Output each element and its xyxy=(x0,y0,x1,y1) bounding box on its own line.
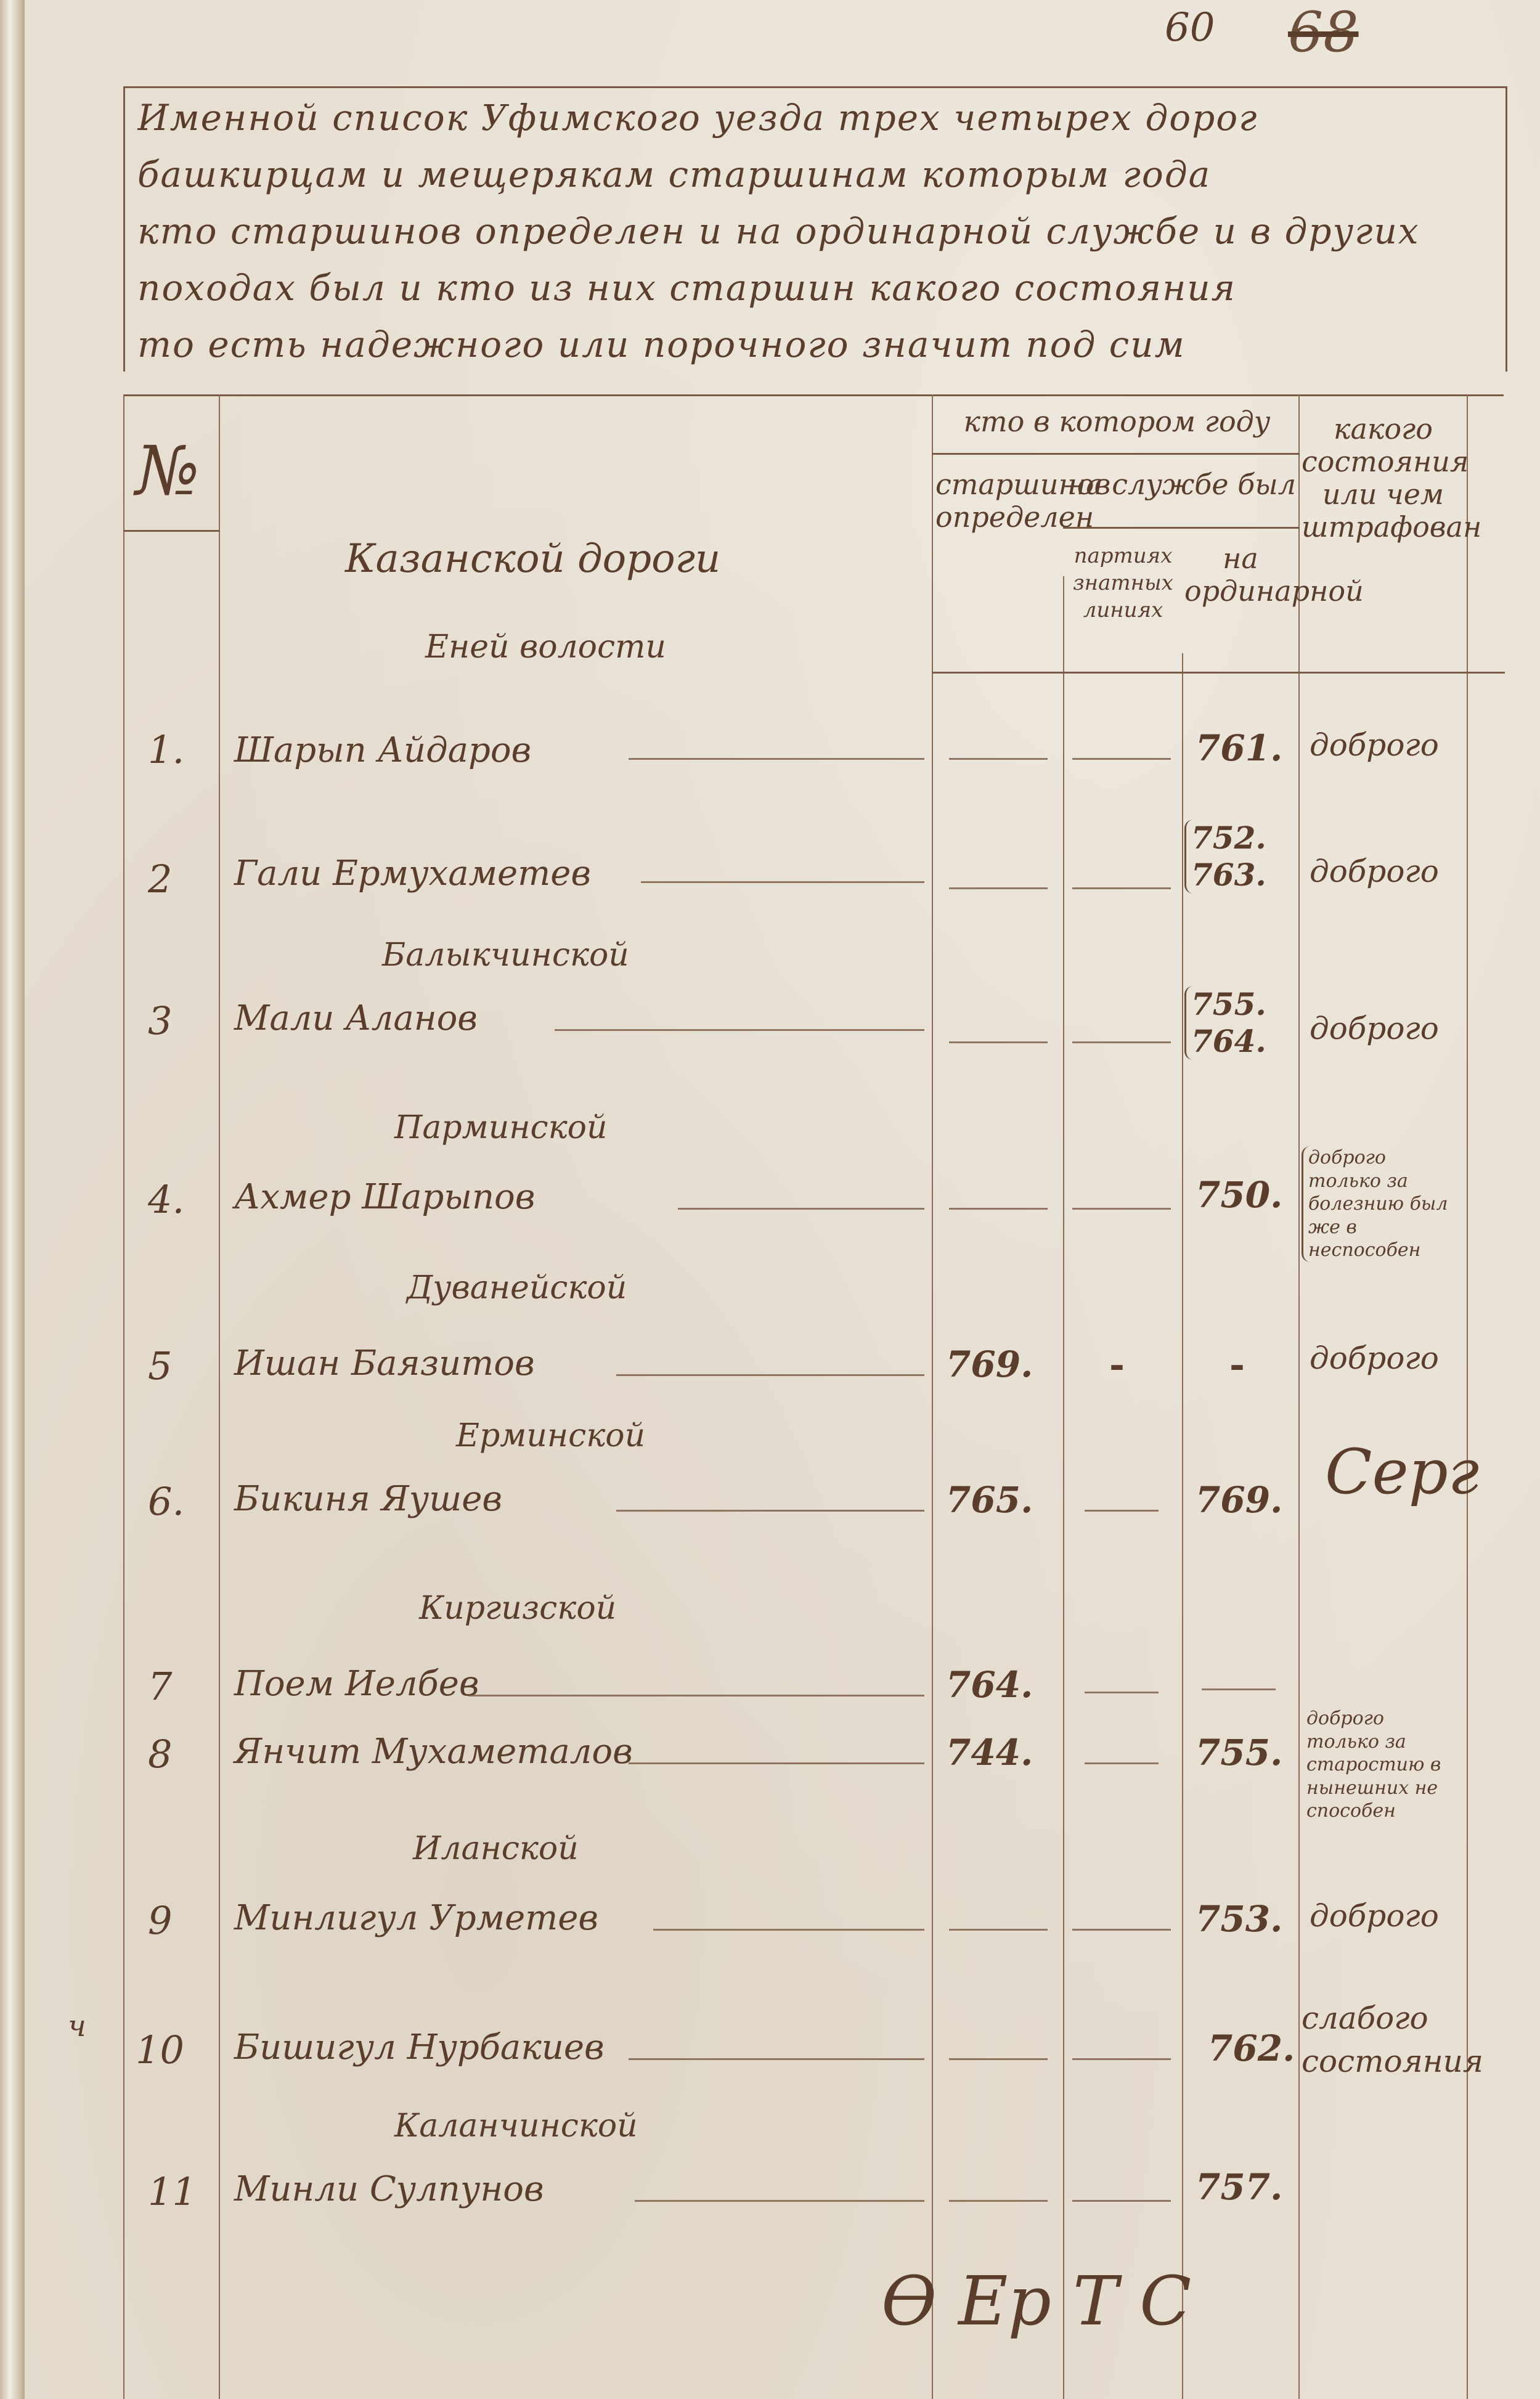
filler-dash xyxy=(949,1041,1048,1043)
volost-heading: Каланчинской xyxy=(394,2108,638,2144)
header-lines: партиях знатных линиях xyxy=(1066,542,1180,624)
row-name: Мали Аланов xyxy=(234,998,478,1038)
row-name: Гали Ермухаметев xyxy=(234,853,591,894)
col-divider-right xyxy=(1467,394,1468,2399)
row-number: 5 xyxy=(148,1343,172,1388)
volost-heading: Ерминской xyxy=(456,1417,645,1454)
filler-dash xyxy=(1072,1041,1171,1043)
filler-dash xyxy=(1072,1929,1171,1931)
volost-heading: Дуванейской xyxy=(407,1269,627,1306)
filler-dash xyxy=(1072,1208,1171,1210)
volost-heading: Киргизской xyxy=(419,1590,616,1627)
col-divider-ordinary xyxy=(1298,394,1300,2399)
filler-dash xyxy=(653,1929,924,1931)
old-page-number-struck: 68 xyxy=(1288,0,1359,65)
row-name: Янчит Мухаметалов xyxy=(234,1732,633,1772)
title-line-3: кто старшинов определен и на ординарной … xyxy=(137,210,1493,266)
filler-dash xyxy=(949,2200,1048,2202)
header-bottom-line xyxy=(932,672,1505,674)
filler-dash xyxy=(1072,2200,1171,2202)
row-number: 4. xyxy=(148,1177,184,1222)
year-starshina: 744. xyxy=(946,1732,1033,1774)
filler-dash xyxy=(1085,1510,1159,1512)
row-name: Поем Иелбев xyxy=(234,1664,479,1704)
signature: Ѳ Ер Т С xyxy=(881,2262,1191,2340)
row-number: 10 xyxy=(136,2027,184,2072)
col-divider-number xyxy=(219,394,220,2399)
header-ordinary: на ординарной xyxy=(1184,542,1297,608)
filler-dash xyxy=(949,758,1048,760)
table-top-border xyxy=(123,394,1504,396)
row-name: Бишигул Нурбакиев xyxy=(234,2027,605,2067)
row-number: 6. xyxy=(148,1479,184,1524)
year-value: 752. xyxy=(1191,820,1266,857)
row-number: 9 xyxy=(148,1898,172,1943)
header-on-service: на службе был xyxy=(1066,468,1297,501)
volost-heading: Парминской xyxy=(394,1109,607,1146)
condition: доброго только за старостию в нынешних н… xyxy=(1302,1707,1448,1823)
condition: доброго xyxy=(1310,1898,1439,1934)
col-divider-left xyxy=(123,394,124,2399)
row-name: Шарып Айдаров xyxy=(234,730,531,770)
filler-dash xyxy=(629,2058,924,2060)
filler-dash xyxy=(1202,1688,1276,1690)
page-number: 60 xyxy=(1165,5,1215,51)
filler-dash xyxy=(555,1029,924,1031)
margin-mark: ч xyxy=(68,2009,86,2043)
title-block: Именной список Уфимского уезда трех четы… xyxy=(123,86,1507,372)
row-number: 1. xyxy=(148,727,184,772)
filler-dash xyxy=(949,887,1048,889)
filler-dash xyxy=(616,1374,924,1376)
year-starshina: 769. xyxy=(946,1343,1033,1385)
filler-dash xyxy=(629,1762,924,1764)
volost-heading: Иланской xyxy=(413,1830,579,1867)
filler-dash xyxy=(1085,1692,1159,1693)
year-ordinary-stack: 752. 763. xyxy=(1184,820,1266,894)
header-starshina: старшинов определен xyxy=(935,468,1059,534)
condition: доброго xyxy=(1310,1340,1439,1376)
header-condition: какого состояния или чем штрафован xyxy=(1302,413,1465,544)
condition: доброго только за болезнию был же в несп… xyxy=(1302,1146,1450,1262)
year-ordinary-stack: 755. 764. xyxy=(1184,986,1266,1060)
year-ordinary: 757. xyxy=(1196,2166,1282,2208)
service-header-line xyxy=(1063,527,1300,529)
filler-dash xyxy=(1085,1762,1159,1764)
filler-dash xyxy=(949,1208,1048,1210)
year-ordinary: 753. xyxy=(1196,1898,1282,1940)
year-ordinary: 755. xyxy=(1196,1732,1282,1774)
lines-value: - xyxy=(1109,1343,1125,1387)
filler-dash xyxy=(635,2200,924,2202)
filler-dash xyxy=(616,1510,924,1512)
register-table: № кто в котором году старшинов определен… xyxy=(123,394,1504,2399)
year-value: 755. xyxy=(1191,986,1266,1023)
col-divider-lines xyxy=(1182,653,1183,2399)
filler-dash xyxy=(468,1695,924,1696)
ordinary-value: - xyxy=(1229,1343,1245,1387)
group-header-line xyxy=(932,453,1300,455)
title-line-4: походах был и кто из них старшин какого … xyxy=(137,267,1493,322)
year-ordinary: 762. xyxy=(1208,2027,1295,2069)
volost-heading: Балыкчинской xyxy=(382,937,629,974)
filler-dash xyxy=(1072,887,1171,889)
row-number: 2 xyxy=(148,857,172,902)
condition: слабого состояния xyxy=(1302,1997,1462,2083)
row-number: 3 xyxy=(148,998,172,1043)
row-name: Бикиня Яушев xyxy=(234,1479,502,1519)
filler-dash xyxy=(1072,2058,1171,2060)
row-name: Ишан Баязитов xyxy=(234,1343,535,1383)
year-value: 763. xyxy=(1191,857,1266,894)
year-starshina: 764. xyxy=(946,1664,1033,1706)
condition: доброго xyxy=(1310,727,1439,763)
year-ordinary: 769. xyxy=(1196,1479,1282,1521)
row-name: Минли Сулпунов xyxy=(234,2169,544,2209)
filler-dash xyxy=(949,2058,1048,2060)
filler-dash xyxy=(678,1208,924,1210)
row-number: 7 xyxy=(148,1664,172,1709)
road-heading: Казанской дороги xyxy=(345,536,720,582)
filler-dash xyxy=(949,1929,1048,1931)
number-header-underline xyxy=(123,530,220,532)
row-number: 8 xyxy=(148,1732,172,1777)
row-number: 11 xyxy=(148,2169,197,2214)
filler-dash xyxy=(629,758,924,760)
volost-heading: Еней волости xyxy=(425,629,666,666)
row-name: Минлигул Урметев xyxy=(234,1898,598,1938)
year-starshina: 765. xyxy=(946,1479,1033,1521)
filler-dash xyxy=(641,881,924,883)
year-ordinary: 750. xyxy=(1196,1174,1282,1216)
filler-dash xyxy=(1072,758,1171,760)
col-divider-name xyxy=(932,394,933,2399)
condition: доброго xyxy=(1310,853,1439,889)
year-value: 764. xyxy=(1191,1023,1266,1060)
page-binding xyxy=(0,0,25,2399)
title-line-5: то есть надежного или порочного значит п… xyxy=(137,324,1493,379)
year-ordinary: 761. xyxy=(1196,727,1282,769)
number-sign-header: № xyxy=(136,431,200,510)
title-line-1: Именной список Уфимского уезда трех четы… xyxy=(137,97,1493,152)
col-divider-starshina xyxy=(1063,576,1064,2399)
header-group-year: кто в котором году xyxy=(937,405,1297,438)
condition: доброго xyxy=(1310,1011,1439,1046)
title-line-2: башкирцам и мещерякам старшинам которым … xyxy=(137,153,1493,209)
annotation-mark: Серг xyxy=(1325,1436,1479,1508)
row-name: Ахмер Шарыпов xyxy=(234,1177,535,1217)
